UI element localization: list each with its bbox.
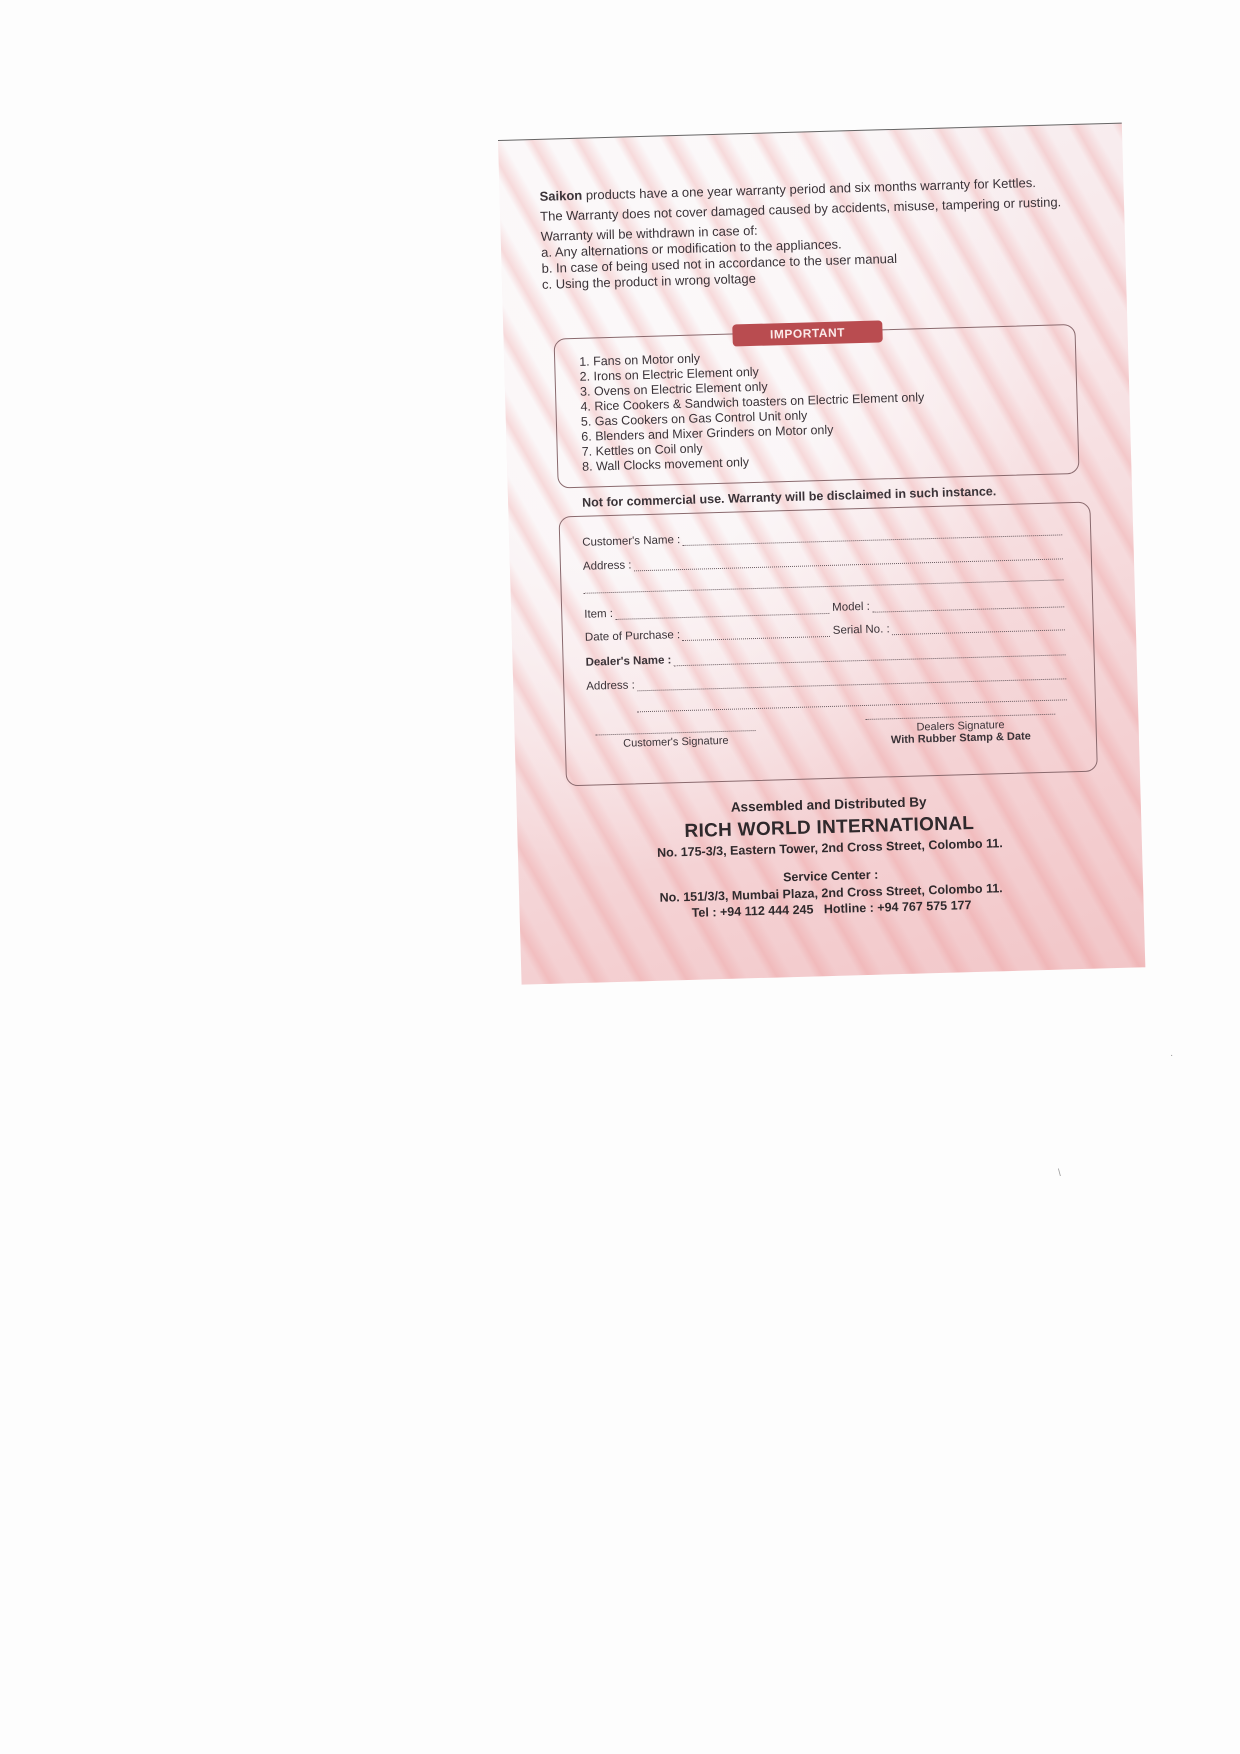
customer-address-line2[interactable] <box>583 569 1063 593</box>
dealer-signature-block[interactable]: Dealers Signature With Rubber Stamp & Da… <box>865 714 1056 747</box>
warranty-intro: Saikon products have a one year warranty… <box>539 173 1102 293</box>
dealer-name-field[interactable]: Dealer's Name : <box>585 643 1065 668</box>
address-label: Address : <box>583 559 632 572</box>
date-of-purchase-label: Date of Purchase : <box>585 629 681 644</box>
customer-signature-block[interactable]: Customer's Signature <box>596 730 756 750</box>
scan-speck: · <box>1170 1050 1173 1061</box>
warranty-form: Customer's Name : Address : Item : Model… <box>559 502 1098 787</box>
customer-signature-label: Customer's Signature <box>596 734 756 750</box>
model-label: Model : <box>832 601 870 614</box>
customer-address-field[interactable]: Address : <box>583 547 1063 572</box>
item-label: Item : <box>584 608 613 621</box>
customer-name-label: Customer's Name : <box>582 534 680 549</box>
important-badge: IMPORTANT <box>732 320 883 346</box>
dealer-address-field[interactable]: Address : <box>586 667 1066 692</box>
hotline-number: Hotline : +94 767 575 177 <box>824 898 972 916</box>
important-list: 1. Fans on Motor only 2. Irons on Electr… <box>579 345 926 475</box>
serial-no-field[interactable]: Serial No. : <box>833 618 1065 636</box>
serial-no-label: Serial No. : <box>833 623 890 637</box>
dealer-address-line2[interactable] <box>637 689 1067 712</box>
warranty-card: Saikon products have a one year warranty… <box>498 123 1145 985</box>
card-edge-line <box>498 123 1122 141</box>
model-field[interactable]: Model : <box>832 595 1064 613</box>
dealer-address-label: Address : <box>586 679 635 692</box>
customer-name-field[interactable]: Customer's Name : <box>582 523 1062 548</box>
brand-name: Saikon <box>539 188 582 204</box>
important-box: IMPORTANT 1. Fans on Motor only 2. Irons… <box>554 324 1080 489</box>
tel-number: Tel : +94 112 444 245 <box>692 902 814 919</box>
item-field[interactable]: Item : <box>584 602 829 621</box>
date-of-purchase-field[interactable]: Date of Purchase : <box>585 625 830 644</box>
scan-speck: \ <box>1058 1168 1061 1179</box>
dealer-name-label: Dealer's Name : <box>585 654 671 668</box>
